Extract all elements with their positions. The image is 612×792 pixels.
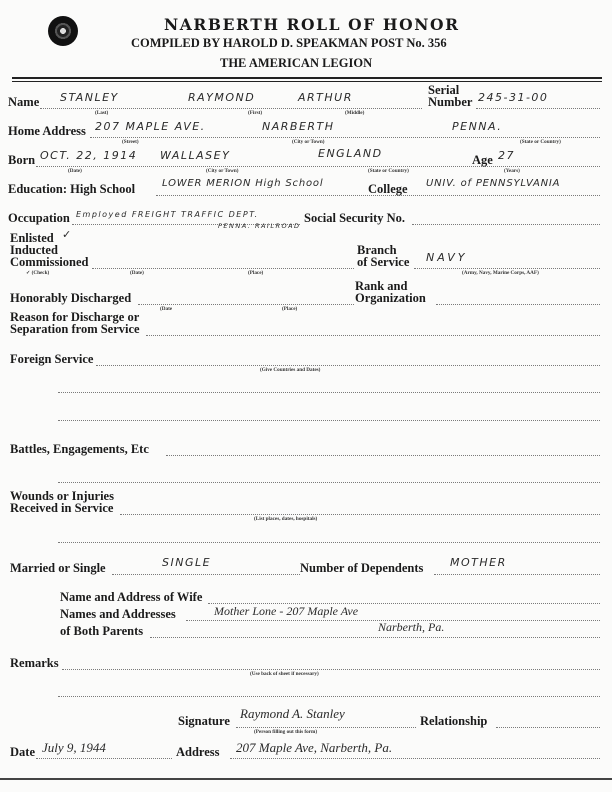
signature-caption: (Person filling out this form) [254,729,317,735]
serial-label-2: Number [428,95,472,110]
parents-label-2: of Both Parents [60,624,143,639]
occupation-value-line1[interactable]: Employed FREIGHT TRAFFIC DEPT. [76,210,259,219]
relationship-line [496,727,600,728]
married-value[interactable]: SINGLE [162,556,211,569]
remarks-label: Remarks [10,656,59,671]
branch-value[interactable]: NAVY [426,251,467,264]
parents-line-2 [150,637,600,638]
wife-label: Name and Address of Wife [60,590,202,605]
home-state-caption: (State or Country) [520,139,561,145]
college-value[interactable]: UNIV. of PENNSYLVANIA [426,178,560,189]
name-middle-caption: (Middle) [345,110,364,116]
name-last-caption: (Last) [95,110,108,116]
name-middle-value[interactable]: ARTHUR [298,91,353,104]
battles-line [166,455,600,456]
wounds-line [120,514,600,515]
foreign-service-caption: (Give Countries and Dates) [260,367,320,373]
address-line [230,758,600,759]
american-legion-emblem-icon [48,16,78,46]
born-city-value[interactable]: WALLASEY [160,149,230,162]
header-divider [12,77,602,79]
home-address-label: Home Address [8,124,86,139]
address-value[interactable]: 207 Maple Ave, Narberth, Pa. [236,740,392,756]
commissioned-label: Commissioned [10,255,88,270]
dependents-label: Number of Dependents [300,561,423,576]
home-city-value[interactable]: NARBERTH [262,120,335,133]
born-country-caption: (State or Country) [368,168,409,174]
married-label: Married or Single [10,561,106,576]
married-line [112,574,300,575]
age-label: Age [472,153,493,168]
wounds-label-2: Received in Service [10,501,113,516]
rank-line [436,304,600,305]
battles-label: Battles, Engagements, Etc [10,442,149,457]
discharged-line [138,304,354,305]
foreign-service-line-3 [58,420,600,421]
born-city-caption: (City or Town) [206,168,238,174]
born-date-value[interactable]: OCT. 22, 1914 [40,149,137,162]
check-caption: ✓ (Check) [26,270,49,276]
name-line [40,108,422,109]
born-label: Born [8,153,35,168]
foreign-service-line-2 [58,392,600,393]
date-label: Date [10,745,35,760]
ssn-line [412,224,600,225]
name-last-value[interactable]: STANLEY [60,91,119,104]
born-date-caption: (Date) [68,168,82,174]
serial-number-value[interactable]: 245-31-00 [478,91,548,104]
home-address-line [90,137,600,138]
service-date-caption: (Date) [130,270,144,276]
home-street-value[interactable]: 207 MAPLE AVE. [95,120,206,133]
occupation-value-line2[interactable]: PENNA. RAILROAD [218,222,301,230]
discharged-label: Honorably Discharged [10,291,131,306]
parents-value-line2[interactable]: Narberth, Pa. [378,620,444,635]
remarks-line [62,669,600,670]
signature-value[interactable]: Raymond A. Stanley [240,706,345,722]
age-value[interactable]: 27 [498,149,515,162]
home-state-value[interactable]: PENNA. [452,120,502,133]
high-school-value[interactable]: LOWER MERION High School [162,178,323,189]
home-street-caption: (Street) [122,139,139,145]
dependents-line [434,574,600,575]
remarks-caption: (Use back of sheet if necessary) [250,671,319,677]
signature-line [236,727,416,728]
ssn-label: Social Security No. [304,211,405,226]
born-line [36,166,600,167]
name-first-caption: (First) [248,110,262,116]
education-label: Education: High School [8,182,135,197]
age-caption: (Years) [504,168,520,174]
name-first-value[interactable]: RAYMOND [188,91,255,104]
form-title: NARBERTH ROLL OF HONOR [164,15,460,34]
enlisted-check-mark[interactable]: ✓ [62,228,73,241]
rank-label-2: Organization [355,291,426,306]
branch-caption: (Army, Navy, Marine Corps, AAF) [462,270,539,276]
service-place-caption: (Place) [248,270,263,276]
serial-line [476,108,600,109]
branch-line [414,268,600,269]
date-line [36,758,172,759]
parents-label-1: Names and Addresses [60,607,176,622]
branch-label-2: of Service [357,255,409,270]
wounds-line-2 [58,542,600,543]
header-divider-thin [12,81,602,82]
battles-line-2 [58,482,600,483]
commissioned-line [92,268,354,269]
signature-label: Signature [178,714,230,729]
college-label: College [368,182,408,197]
reason-label-2: Separation from Service [10,322,140,337]
parents-value-line1[interactable]: Mother Lone - 207 Maple Ave [214,604,358,619]
remarks-line-2 [58,696,600,697]
bottom-edge [0,778,612,780]
foreign-service-line [96,365,600,366]
form-subtitle: COMPILED BY HAROLD D. SPEAKMAN POST No. … [131,36,447,51]
reason-line [146,335,600,336]
home-city-caption: (City or Town) [292,139,324,145]
roll-of-honor-form: NARBERTH ROLL OF HONOR COMPILED BY HAROL… [0,0,612,792]
occupation-label: Occupation [8,211,70,226]
dependents-value[interactable]: MOTHER [450,556,507,569]
discharged-date-caption: (Date [160,306,172,312]
relationship-label: Relationship [420,714,487,729]
discharged-place-caption: (Place) [282,306,297,312]
form-org: THE AMERICAN LEGION [220,56,372,71]
born-country-value[interactable]: ENGLAND [318,147,383,160]
foreign-service-label: Foreign Service [10,352,93,367]
name-label: Name [8,95,39,110]
address-label: Address [176,745,220,760]
wounds-caption: (List places, dates, hospitals) [254,516,317,522]
date-value[interactable]: July 9, 1944 [42,740,106,756]
